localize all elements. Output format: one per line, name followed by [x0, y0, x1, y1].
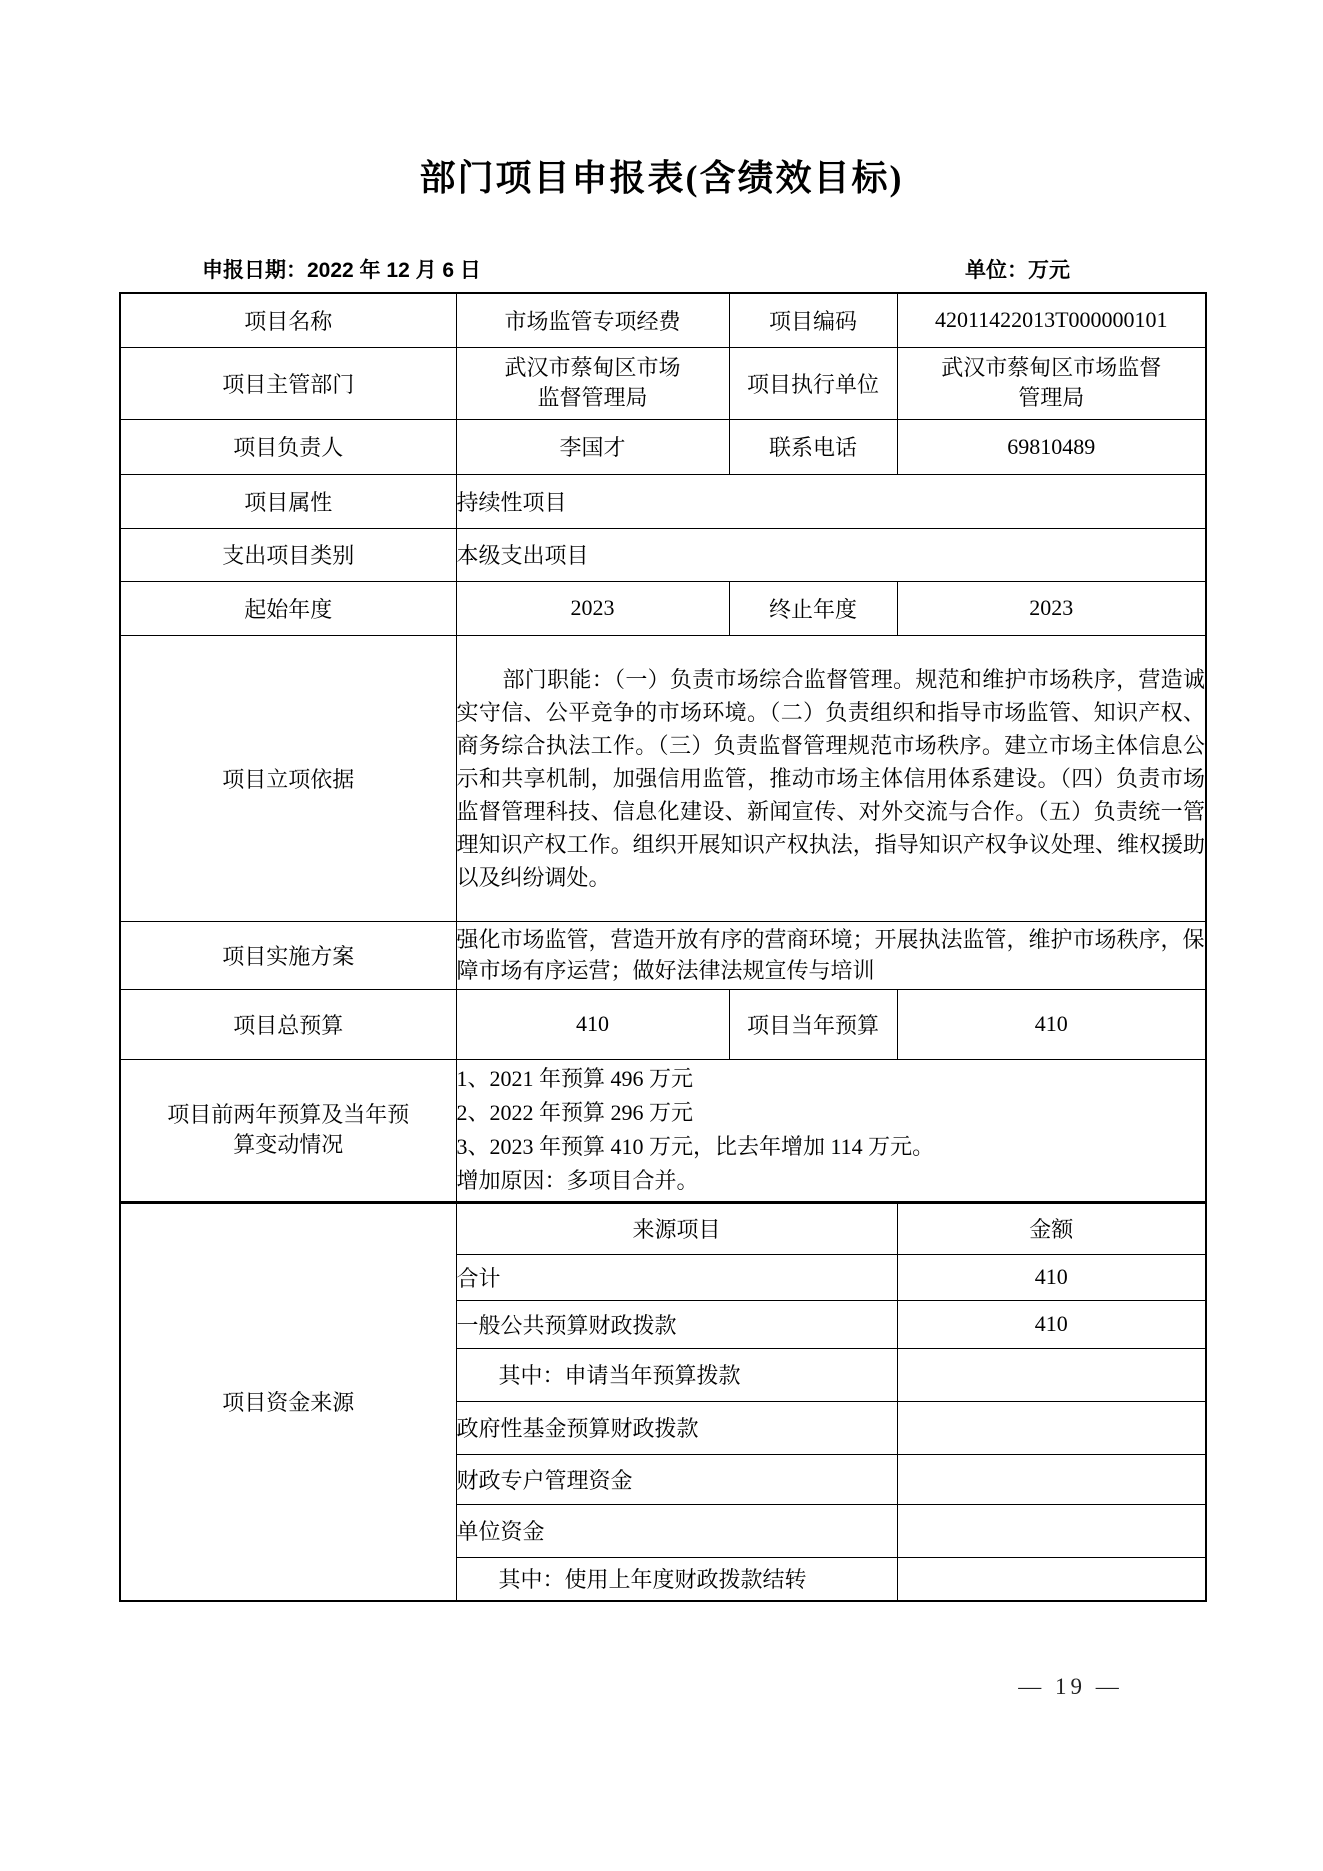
funding-source: 合计 [456, 1254, 897, 1300]
history-line: 1、2021 年预算 496 万元 [457, 1062, 1206, 1096]
history-value: 1、2021 年预算 496 万元 2、2022 年预算 296 万元 3、20… [456, 1059, 1206, 1202]
end-year-label: 终止年度 [729, 581, 897, 635]
plan-label: 项目实施方案 [120, 921, 456, 989]
funding-amount: 410 [897, 1254, 1206, 1300]
row-budget: 项目总预算 410 项目当年预算 410 [120, 989, 1206, 1059]
row-project-name: 项目名称 市场监管专项经费 项目编码 42011422013T000000101 [120, 293, 1206, 347]
phone-value: 69810489 [897, 419, 1206, 474]
project-name-label: 项目名称 [120, 293, 456, 347]
funding-amount [897, 1557, 1206, 1601]
total-budget-label: 项目总预算 [120, 989, 456, 1059]
history-line: 2、2022 年预算 296 万元 [457, 1096, 1206, 1130]
funding-amount [897, 1454, 1206, 1504]
expense-type-value: 本级支出项目 [456, 528, 1206, 581]
phone-label: 联系电话 [729, 419, 897, 474]
dept-label: 项目主管部门 [120, 347, 456, 419]
expense-type-label: 支出项目类别 [120, 528, 456, 581]
document-page: 部门项目申报表(含绩效目标) 申报日期：2022 年 12 月 6 日 单位：万… [0, 0, 1323, 1871]
leader-value: 李国才 [456, 419, 729, 474]
funding-header-row: 项目资金来源 来源项目 金额 [120, 1202, 1206, 1254]
dept-value: 武汉市蔡甸区市场 监督管理局 [456, 347, 729, 419]
exec-unit-value: 武汉市蔡甸区市场监督 管理局 [897, 347, 1206, 419]
unit-label: 单位：万元 [965, 254, 1070, 284]
row-departments: 项目主管部门 武汉市蔡甸区市场 监督管理局 项目执行单位 武汉市蔡甸区市场监督 … [120, 347, 1206, 419]
row-basis: 项目立项依据 部门职能：（一）负责市场综合监督管理。规范和维护市场秩序，营造诚实… [120, 635, 1206, 921]
attribute-value: 持续性项目 [456, 474, 1206, 528]
end-year-value: 2023 [897, 581, 1206, 635]
funding-amount [897, 1348, 1206, 1401]
project-declaration-table: 项目名称 市场监管专项经费 项目编码 42011422013T000000101… [119, 292, 1207, 1602]
basis-value: 部门职能：（一）负责市场综合监督管理。规范和维护市场秩序，营造诚实守信、公平竞争… [456, 635, 1206, 921]
plan-value: 强化市场监管，营造开放有序的营商环境；开展执法监管，维护市场秩序，保障市场有序运… [456, 921, 1206, 989]
page-number: — 19 — [998, 1674, 1143, 1700]
funding-section-label: 项目资金来源 [120, 1202, 456, 1601]
funding-source: 财政专户管理资金 [456, 1454, 897, 1504]
funding-source: 其中：使用上年度财政拨款结转 [456, 1557, 897, 1601]
row-plan: 项目实施方案 强化市场监管，营造开放有序的营商环境；开展执法监管，维护市场秩序，… [120, 921, 1206, 989]
funding-source: 其中：申请当年预算拨款 [456, 1348, 897, 1401]
funding-source: 一般公共预算财政拨款 [456, 1300, 897, 1348]
project-code-label: 项目编码 [729, 293, 897, 347]
attribute-label: 项目属性 [120, 474, 456, 528]
funding-amount: 410 [897, 1300, 1206, 1348]
row-attribute: 项目属性 持续性项目 [120, 474, 1206, 528]
document-title: 部门项目申报表(含绩效目标) [0, 150, 1323, 201]
funding-amount [897, 1504, 1206, 1557]
basis-label: 项目立项依据 [120, 635, 456, 921]
funding-amount-column-header: 金额 [897, 1202, 1206, 1254]
row-leader: 项目负责人 李国才 联系电话 69810489 [120, 419, 1206, 474]
project-code-value: 42011422013T000000101 [897, 293, 1206, 347]
start-year-label: 起始年度 [120, 581, 456, 635]
row-years: 起始年度 2023 终止年度 2023 [120, 581, 1206, 635]
exec-unit-label: 项目执行单位 [729, 347, 897, 419]
year-budget-label: 项目当年预算 [729, 989, 897, 1059]
funding-source-column-header: 来源项目 [456, 1202, 897, 1254]
project-name-value: 市场监管专项经费 [456, 293, 729, 347]
declaration-date: 申报日期：2022 年 12 月 6 日 [202, 254, 481, 284]
row-expense-type: 支出项目类别 本级支出项目 [120, 528, 1206, 581]
leader-label: 项目负责人 [120, 419, 456, 474]
funding-source: 单位资金 [456, 1504, 897, 1557]
row-history: 项目前两年预算及当年预 算变动情况 1、2021 年预算 496 万元 2、20… [120, 1059, 1206, 1202]
year-budget-value: 410 [897, 989, 1206, 1059]
funding-source: 政府性基金预算财政拨款 [456, 1401, 897, 1454]
funding-amount [897, 1401, 1206, 1454]
total-budget-value: 410 [456, 989, 729, 1059]
start-year-value: 2023 [456, 581, 729, 635]
history-line: 增加原因：多项目合并。 [457, 1164, 1206, 1198]
history-label: 项目前两年预算及当年预 算变动情况 [120, 1059, 456, 1202]
history-line: 3、2023 年预算 410 万元，比去年增加 114 万元。 [457, 1130, 1206, 1164]
